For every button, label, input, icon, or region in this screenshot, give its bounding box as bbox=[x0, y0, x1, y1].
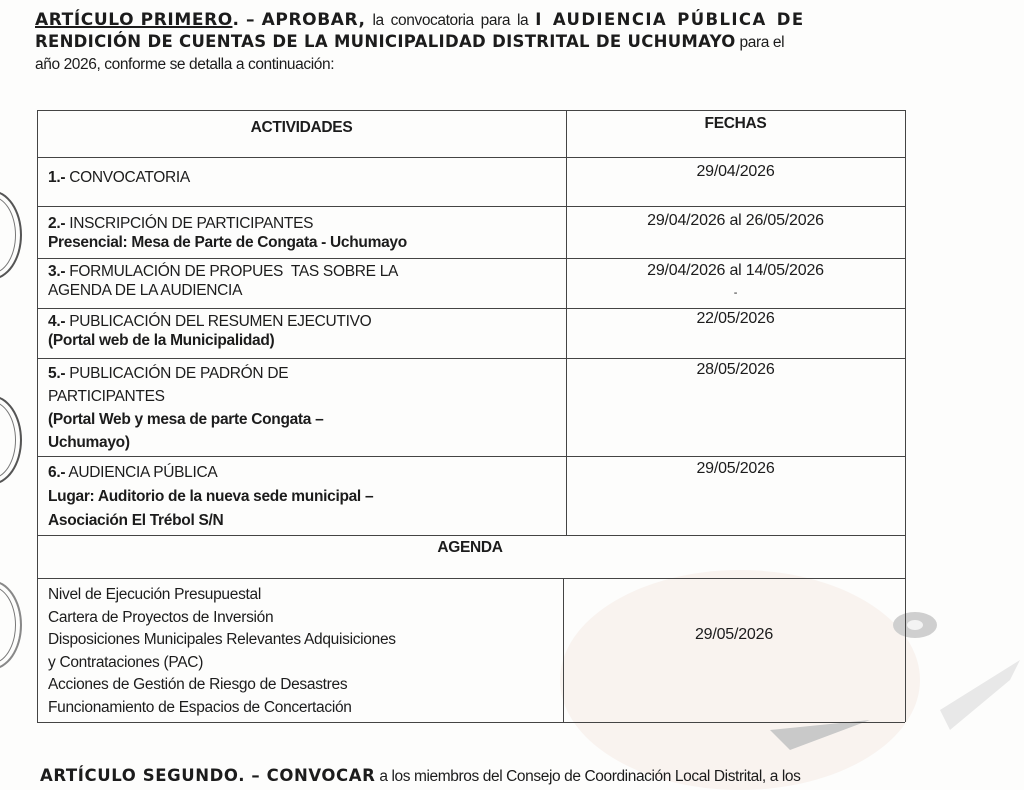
article1-heading: ARTÍCULO PRIMERO. – APROBAR, bbox=[35, 10, 366, 30]
article1-line3: año 2026, conforme se detalla a continua… bbox=[35, 56, 334, 74]
table-row: 4.- PUBLICACIÓN DEL RESUMEN EJECUTIVO (P… bbox=[48, 312, 371, 350]
article2-text: a los miembros del Consejo de Coordinaci… bbox=[375, 768, 800, 785]
article2-heading: ARTÍCULO SEGUNDO. – CONVOCAR bbox=[40, 766, 375, 785]
agenda-item: Cartera de Proyectos de Inversión bbox=[48, 607, 396, 630]
header-dates: FECHAS bbox=[566, 114, 905, 133]
header-activities: ACTIVIDADES bbox=[37, 118, 566, 137]
table-row: 6.- AUDIENCIA PÚBLICA Lugar: Auditorio d… bbox=[48, 461, 373, 533]
row-date: 29/04/2026 bbox=[566, 162, 905, 181]
article2-line1: ARTÍCULO SEGUNDO. – CONVOCAR a los miemb… bbox=[40, 766, 801, 786]
row-date: 29/05/2026 bbox=[566, 459, 905, 478]
agenda-header: AGENDA bbox=[37, 538, 905, 557]
row-date: 22/05/2026 bbox=[566, 309, 905, 328]
article1-tail: para el bbox=[736, 34, 785, 51]
agenda-item: Disposiciones Municipales Relevantes Adq… bbox=[48, 629, 396, 652]
table-row: 5.- PUBLICACIÓN DE PADRÓN DE PARTICIPANT… bbox=[48, 362, 323, 454]
row-date: 28/05/2026 bbox=[566, 360, 905, 379]
stamp-seal-icon bbox=[0, 190, 22, 280]
article1-intro: la convocatoria para la bbox=[366, 12, 536, 29]
agenda-item: Nivel de Ejecución Presupuestal bbox=[48, 584, 396, 607]
table-row: 3.- FORMULACIÓN DE PROPUES TAS SOBRE LA … bbox=[48, 262, 398, 300]
article1-line2: RENDICIÓN DE CUENTAS DE LA MUNICIPALIDAD… bbox=[35, 32, 784, 52]
stamp-seal-icon bbox=[0, 395, 22, 485]
agenda-date: 29/05/2026 bbox=[563, 625, 905, 644]
agenda-item: y Contrataciones (PAC) bbox=[48, 652, 396, 675]
row-date-note: - bbox=[566, 284, 905, 303]
agenda-list: Nivel de Ejecución Presupuestal Cartera … bbox=[48, 584, 396, 719]
row-date: 29/04/2026 al 26/05/2026 bbox=[566, 211, 905, 230]
agenda-item: Acciones de Gestión de Riesgo de Desastr… bbox=[48, 674, 396, 697]
table-row: 2.- INSCRIPCIÓN DE PARTICIPANTES Presenc… bbox=[48, 214, 407, 252]
agenda-item: Funcionamiento de Espacios de Concertaci… bbox=[48, 697, 396, 720]
event-title-part2: RENDICIÓN DE CUENTAS DE LA MUNICIPALIDAD… bbox=[35, 32, 736, 51]
table-row: 1.- CONVOCATORIA bbox=[48, 168, 190, 187]
event-title-part1: I AUDIENCIA PÚBLICA DE bbox=[535, 10, 804, 29]
stamp-seal-icon bbox=[0, 580, 22, 670]
article1-line1: ARTÍCULO PRIMERO. – APROBAR, la convocat… bbox=[35, 10, 805, 30]
row-date: 29/04/2026 al 14/05/2026 bbox=[566, 261, 905, 280]
activities-table: ACTIVIDADES FECHAS 1.- CONVOCATORIA 29/0… bbox=[37, 110, 905, 722]
